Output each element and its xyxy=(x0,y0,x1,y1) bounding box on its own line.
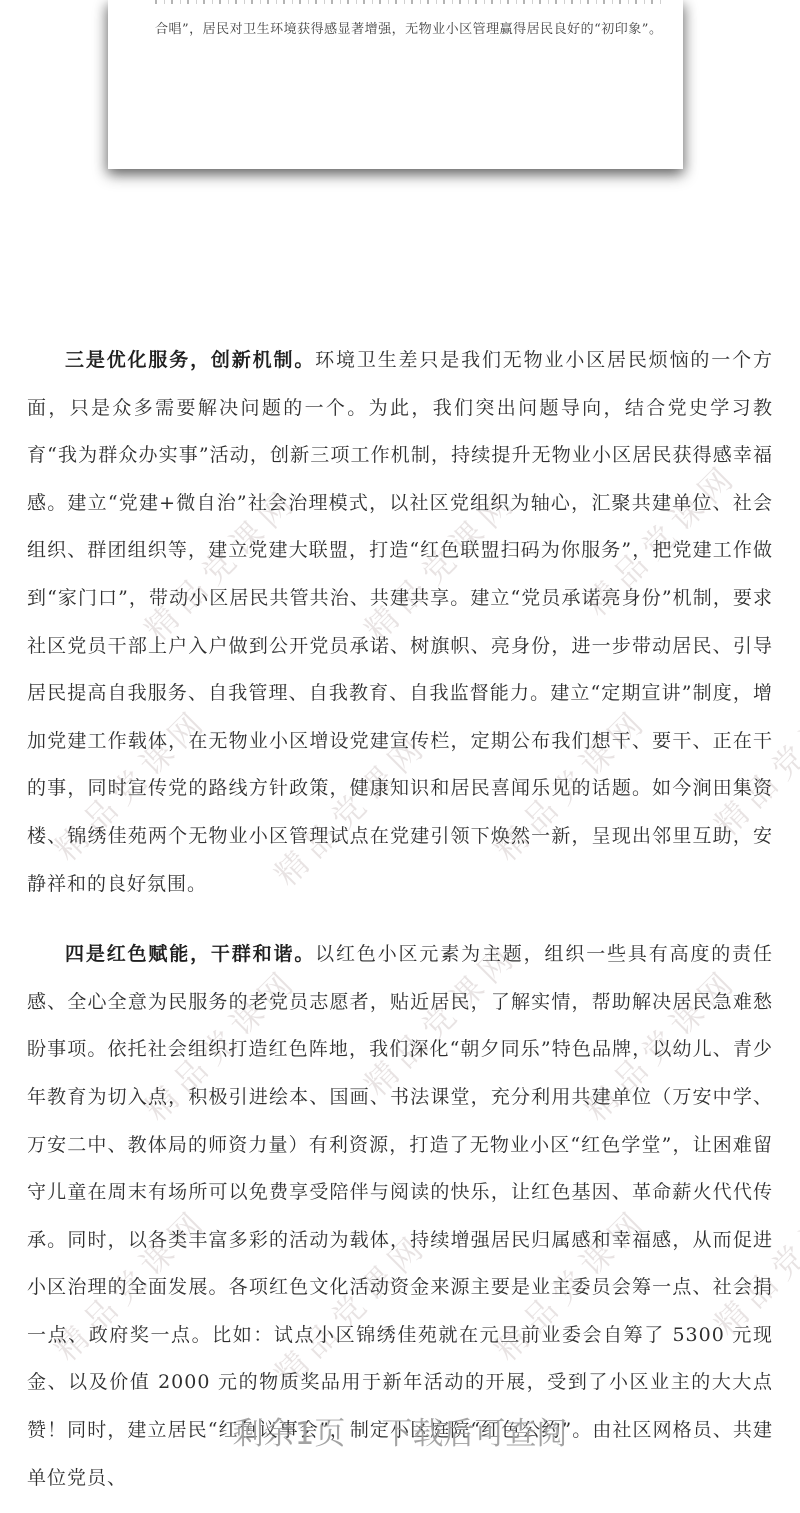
document-page-body: 三是优化服务，创新机制。环境卫生差只是我们无物业小区居民烦恼的一个方面，只是众多… xyxy=(27,337,773,1502)
clipped-text-line xyxy=(155,0,667,4)
paragraph-lead: 四是红色赋能，干群和谐。 xyxy=(65,943,315,965)
remaining-pages-label: 剩余1页 xyxy=(233,1408,346,1453)
paragraph-lead: 三是优化服务，创新机制。 xyxy=(65,349,315,371)
download-hint-label: 下载后可查阅 xyxy=(381,1408,567,1453)
page-preview-card: 合唱”，居民对卫生环境获得感显著增强，无物业小区管理赢得居民良好的“初印象”。 xyxy=(108,0,683,169)
footer-download-bar[interactable]: 剩余1页 下载后可查阅 xyxy=(0,1405,800,1455)
preview-last-line: 合唱”，居民对卫生环境获得感显著增强，无物业小区管理赢得居民良好的“初印象”。 xyxy=(155,21,665,38)
paragraph-text: 环境卫生差只是我们无物业小区居民烦恼的一个方面，只是众多需要解决问题的一个。为此… xyxy=(27,349,773,895)
paragraph: 三是优化服务，创新机制。环境卫生差只是我们无物业小区居民烦恼的一个方面，只是众多… xyxy=(27,337,773,908)
